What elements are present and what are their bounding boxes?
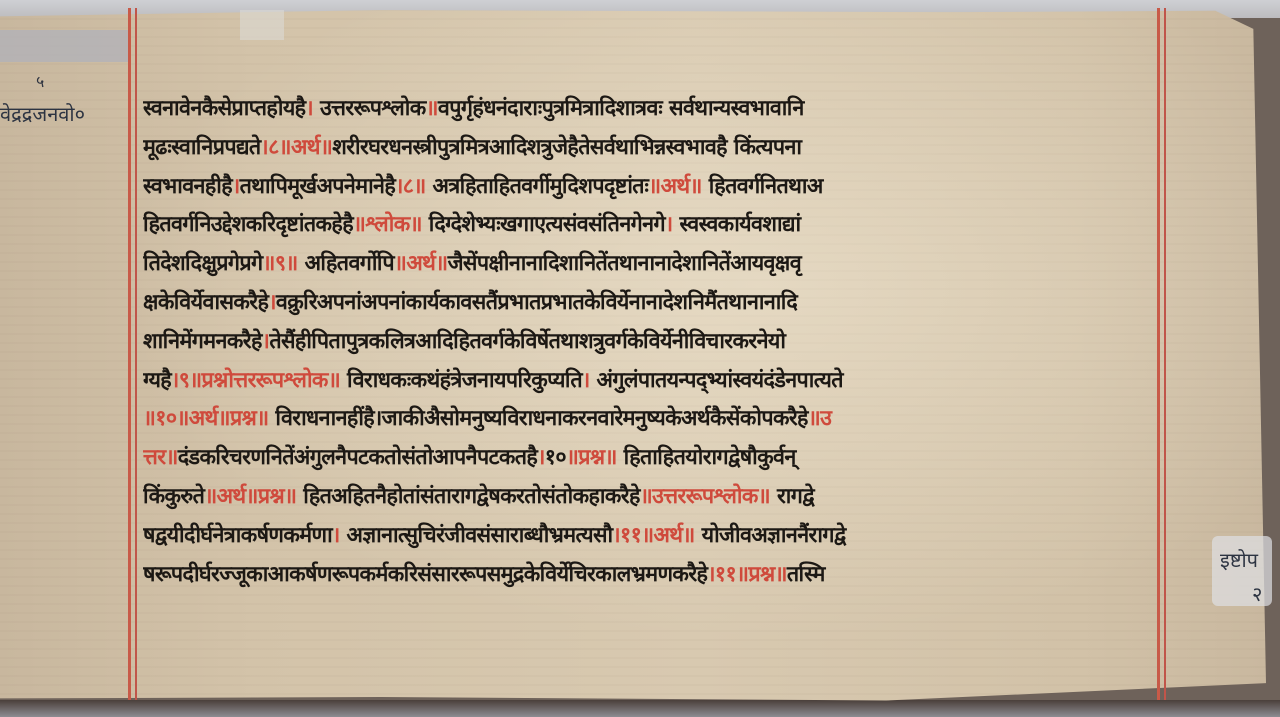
body-text: स्वनावेनकैसेप्राप्तहोयहै bbox=[143, 96, 306, 121]
manuscript-line: मूढःस्वानिप्रपद्यते।८॥अर्थ॥शरीरघरधनस्त्र… bbox=[143, 129, 1163, 168]
body-text: तिदेशदिक्षुप्रगेप्रगे bbox=[143, 251, 263, 276]
manuscript-line: षरूपदीर्घरज्जूकाआकर्षणरूपकर्मकरिसंसाररूप… bbox=[143, 556, 1163, 595]
body-text: विराधकःकथंहंत्रेजनायपरिकुप्यति bbox=[340, 368, 582, 393]
rubric-text: ॥उत्तररूपश्लोक॥ bbox=[640, 484, 770, 509]
rubric-text: अर्थ bbox=[291, 135, 320, 160]
body-text: वपुर्गृहंधनंदाराःपुत्रमित्रादिशात्रवः सर… bbox=[438, 96, 804, 121]
rubric-text: ।९॥प्रश्नोत्तररूपश्लोक॥ bbox=[171, 368, 340, 393]
manuscript-line: षद्वयीदीर्घनेत्राकर्षणकर्मणा। अज्ञानात्स… bbox=[143, 517, 1163, 556]
manuscript-line: ॥१०॥अर्थ॥प्रश्न॥ विराधनानहींहै।जाकीअैसोम… bbox=[143, 400, 1163, 439]
body-text: तस्मि bbox=[787, 562, 825, 587]
rubric-text: ॥९॥ bbox=[263, 251, 298, 276]
rubric-text: ॥१०॥अर्थ॥प्रश्न॥ bbox=[143, 406, 268, 431]
body-text: तेसैंहीपितापुत्रकलित्रआदिहितवर्गकेविर्षे… bbox=[269, 329, 785, 354]
manuscript-text: स्वनावेनकैसेप्राप्तहोयहै। उत्तररूपश्लोक॥… bbox=[143, 90, 1163, 594]
body-text: उत्तररूपश्लोक bbox=[313, 96, 426, 121]
body-text: विराधनानहींहै।जाकीअैसोमनुष्यविराधनाकरनवा… bbox=[268, 406, 807, 431]
rubric-text: ॥अर्थ॥ bbox=[394, 251, 448, 276]
body-text: जैसेंपक्षीनानादिशानितेंतथानानादेशानितेंआ… bbox=[448, 251, 802, 276]
manuscript-line: ग्यहै।९॥प्रश्नोत्तररूपश्लोक॥ विराधकःकथंह… bbox=[143, 362, 1163, 401]
body-text: हितवर्गनिउद्देशकरिदृष्टांतकहेहै bbox=[143, 212, 353, 237]
rubric-text: ।११॥अर्थ॥ bbox=[612, 523, 694, 548]
body-text: हिताहितयोरागद्वेषौकुर्वन् bbox=[617, 445, 796, 470]
body-text: तथापिमूर्खअपनेमानेहै bbox=[240, 174, 396, 199]
manuscript-line: स्वभावनहीहै।तथापिमूर्खअपनेमानेहै।८॥ अत्र… bbox=[143, 168, 1163, 207]
left-margin-rule bbox=[135, 8, 137, 700]
rubric-text: । bbox=[665, 212, 673, 237]
rubric-text: ॥अर्थ॥ bbox=[648, 174, 702, 199]
body-text: षद्वयीदीर्घनेत्राकर्षणकर्मणा bbox=[143, 523, 332, 548]
rubric-text: । bbox=[332, 523, 340, 548]
rubric-text: ॥ bbox=[320, 135, 332, 160]
left-margin-rule bbox=[128, 8, 131, 700]
manuscript-line: तिदेशदिक्षुप्रगेप्रगे॥९॥ अहितवर्गोपि॥अर्… bbox=[143, 245, 1163, 284]
rubric-text: । bbox=[306, 96, 314, 121]
left-margin-note: वेद्रद्रजनवो० bbox=[0, 100, 85, 127]
rubric-text: ॥उ bbox=[808, 406, 831, 431]
body-text: रागद्वे bbox=[770, 484, 814, 509]
manuscript-line: त्तर॥दंडकरिचरणनितेंअंगुलनैपटकतोसंतोआपनैप… bbox=[143, 439, 1163, 478]
rubric-text: ॥प्रश्न॥ bbox=[566, 445, 617, 470]
right-margin-rule bbox=[1164, 8, 1166, 700]
rubric-text: त्तर॥ bbox=[143, 445, 178, 470]
body-text: क्षकेविर्येवासकरैहे bbox=[143, 290, 268, 315]
body-text: अज्ञानात्सुचिरंजीवसंसाराब्धौभ्रमत्यसौ bbox=[340, 523, 613, 548]
rubric-text: ।८॥ bbox=[395, 174, 425, 199]
body-text: शरीरघरधनस्त्रीपुत्रमित्रआदिशत्रुजेहैतेसर… bbox=[332, 135, 801, 160]
manuscript-line: शानिमेंगमनकरैहे।तेसैंहीपितापुत्रकलित्रआद… bbox=[143, 323, 1163, 362]
rubric-text: ॥अर्थ॥प्रश्न॥ bbox=[204, 484, 296, 509]
manuscript-line: हितवर्गनिउद्देशकरिदृष्टांतकहेहै॥श्लोक॥ द… bbox=[143, 206, 1163, 245]
body-text: अंगुलंपातयन्पद्भ्यांस्वयंदंडेनपात्यते bbox=[590, 368, 843, 393]
body-text: योजीवअज्ञाननैंरागद्वे bbox=[695, 523, 846, 548]
body-text: वक्रुरिअपनांअपनांकार्यकावसतैंप्रभातप्रभा… bbox=[276, 290, 797, 315]
photo-backdrop-bottom bbox=[0, 700, 1280, 717]
folio-mark: ५ bbox=[36, 70, 44, 92]
rubric-text: । bbox=[232, 174, 240, 199]
manuscript-line: किंकुरुते॥अर्थ॥प्रश्न॥ हितअहितनैहोतांसंत… bbox=[143, 478, 1163, 517]
rubric-text: । bbox=[582, 368, 590, 393]
rubric-text: ।११॥प्रश्न॥ bbox=[707, 562, 787, 587]
manuscript-line: क्षकेविर्येवासकरैहे।वक्रुरिअपनांअपनांकार… bbox=[143, 284, 1163, 323]
body-text: दिग्देशेभ्यःखगाएत्यसंवसंतिनगेनगे bbox=[422, 212, 665, 237]
body-text: मूढःस्वानिप्रपद्यते bbox=[143, 135, 261, 160]
rubric-text: ॥ bbox=[426, 96, 438, 121]
body-text: दंडकरिचरणनितेंअंगुलनैपटकतोसंतोआपनैपटकतहै bbox=[178, 445, 537, 470]
rubric-text: ॥श्लोक॥ bbox=[353, 212, 422, 237]
body-text: हितवर्गनितथाअ bbox=[702, 174, 823, 199]
body-text: अहितवर्गोपि bbox=[298, 251, 394, 276]
folio-number: २ bbox=[1252, 580, 1262, 607]
body-text: ग्यहै bbox=[143, 368, 171, 393]
body-text: षरूपदीर्घरज्जूकाआकर्षणरूपकर्मकरिसंसाररूप… bbox=[143, 562, 707, 587]
manuscript-line: स्वनावेनकैसेप्राप्तहोयहै। उत्तररूपश्लोक॥… bbox=[143, 90, 1163, 129]
rubric-text: । bbox=[268, 290, 276, 315]
paper-stain bbox=[0, 30, 130, 62]
rubric-text: ।८॥ bbox=[261, 135, 291, 160]
right-margin-note: इष्टोप bbox=[1220, 546, 1258, 573]
body-text: स्वभावनहीहै bbox=[143, 174, 232, 199]
body-text: किंकुरुते bbox=[143, 484, 204, 509]
body-text: अत्रहिताहितवर्गीमुदिशपदृष्टांतः bbox=[426, 174, 649, 199]
paper-stain bbox=[240, 10, 284, 40]
rubric-text: । bbox=[537, 445, 545, 470]
body-text: १० bbox=[545, 445, 566, 470]
body-text: हितअहितनैहोतांसंतारागद्वेषकरतोसंतोकहाकरै… bbox=[296, 484, 639, 509]
body-text: शानिमेंगमनकरैहे bbox=[143, 329, 262, 354]
body-text: स्वस्वकार्यवशाद्यां bbox=[673, 212, 801, 237]
